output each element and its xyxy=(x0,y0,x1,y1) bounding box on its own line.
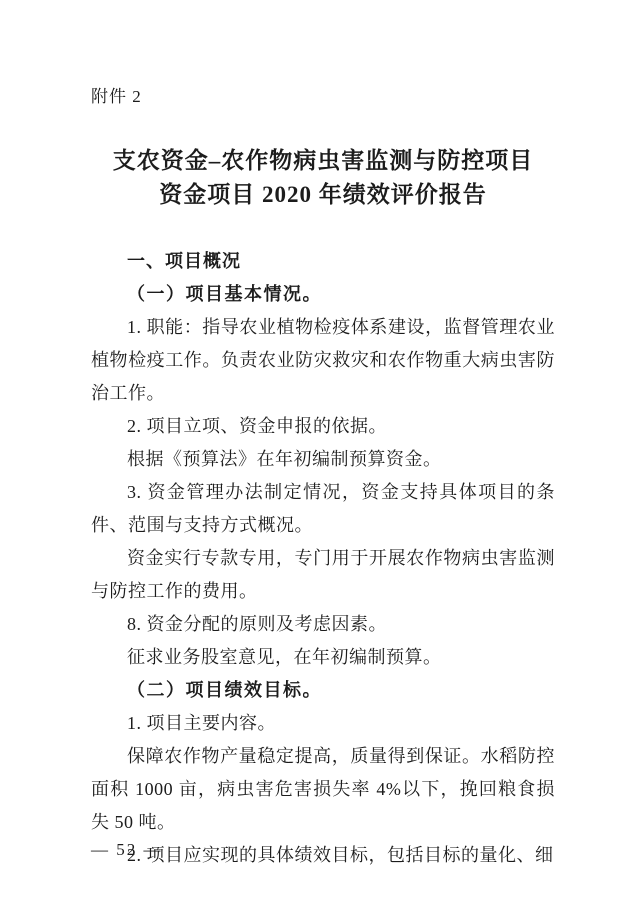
document-content: 附件 2 支农资金–农作物病虫害监测与防控项目 资金项目 2020 年绩效评价报… xyxy=(91,86,555,872)
subsection-heading-basic-situation: （一）项目基本情况。 xyxy=(91,278,555,311)
document-title-line2: 资金项目 2020 年绩效评价报告 xyxy=(91,178,555,212)
paragraph-earmarked-funds: 资金实行专款专用，专门用于开展农作物病虫害监测与防控工作的费用。 xyxy=(91,542,555,608)
subsection-heading-performance-targets: （二）项目绩效目标。 xyxy=(91,674,555,707)
paragraph-crop-yield-targets: 保障农作物产量稳定提高，质量得到保证。水稻防控面积 1000 亩，病虫害危害损失… xyxy=(91,740,555,839)
paragraph-budget-law: 根据《预算法》在年初编制预算资金。 xyxy=(91,443,555,476)
document-title-line1: 支农资金–农作物病虫害监测与防控项目 xyxy=(91,144,555,178)
paragraph-fund-management-measures: 3. 资金管理办法制定情况，资金支持具体项目的条件、范围与支持方式概况。 xyxy=(91,476,555,542)
page-number: — 52 — xyxy=(91,840,163,860)
attachment-label: 附件 2 xyxy=(91,86,555,108)
document-title: 支农资金–农作物病虫害监测与防控项目 资金项目 2020 年绩效评价报告 xyxy=(91,144,555,212)
paragraph-allocation-principles: 8. 资金分配的原则及考虑因素。 xyxy=(91,608,555,641)
paragraph-solicit-opinions: 征求业务股室意见，在年初编制预算。 xyxy=(91,641,555,674)
paragraph-project-approval-basis: 2. 项目立项、资金申报的依据。 xyxy=(91,410,555,443)
paragraph-functions: 1. 职能：指导农业植物检疫体系建设，监督管理农业植物检疫工作。负责农业防灾救灾… xyxy=(91,311,555,410)
paragraph-main-content-label: 1. 项目主要内容。 xyxy=(91,707,555,740)
document-page: 附件 2 支农资金–农作物病虫害监测与防控项目 资金项目 2020 年绩效评价报… xyxy=(0,0,640,906)
section-heading-project-overview: 一、项目概况 xyxy=(91,245,555,278)
